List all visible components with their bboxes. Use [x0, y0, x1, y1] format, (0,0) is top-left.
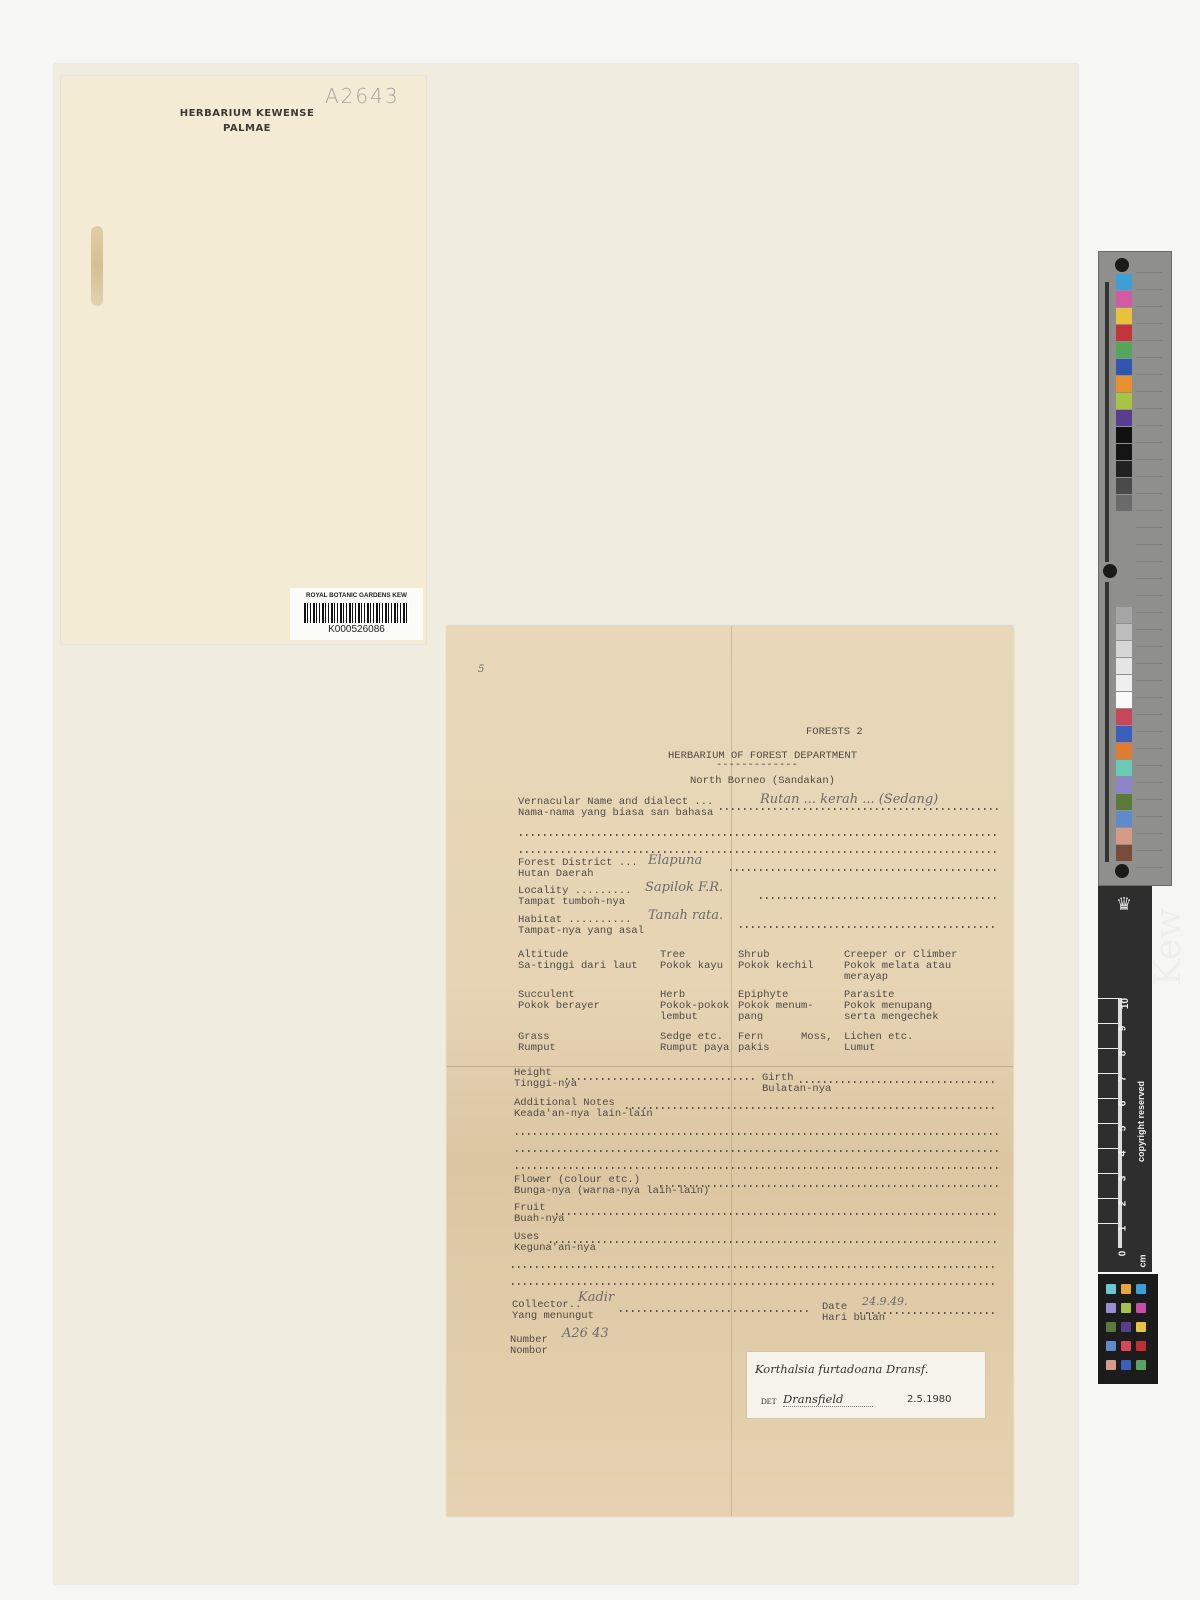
color-patch — [1116, 607, 1132, 623]
color-patch — [1116, 675, 1132, 691]
color-swatch — [1121, 1322, 1131, 1332]
habit-option: Epiphyte Pokok menum- pang — [738, 990, 814, 1023]
habitat-label-ms: Tampat-nya yang asal — [518, 926, 644, 937]
date-value: 24.9.49. — [862, 1295, 907, 1308]
color-patch — [1116, 308, 1132, 324]
color-patch — [1116, 624, 1132, 640]
collector-value: Kadir — [578, 1290, 614, 1305]
color-swatch — [1106, 1284, 1116, 1294]
dot-leader — [550, 1241, 998, 1243]
habit-option: Succulent Pokok berayer — [518, 990, 600, 1012]
dot-leader — [516, 1167, 998, 1169]
color-patch — [1116, 845, 1132, 861]
folder-title-line1: HERBARIUM KEWENSE — [61, 106, 433, 121]
heading-underline: ------------- — [716, 760, 798, 771]
corner-mark: 5 — [478, 664, 484, 675]
det-date: 2.5.1980 — [907, 1394, 952, 1405]
dot-leader — [516, 1133, 998, 1135]
scale-tick-label: 10 — [1120, 998, 1131, 1009]
color-patch — [1116, 342, 1132, 358]
color-patch — [1116, 478, 1132, 494]
dot-leader — [760, 897, 998, 899]
girth-label-ms: Bulatan-nya — [762, 1084, 831, 1095]
determined-name: Korthalsia furtadoana Dransf. — [755, 1362, 928, 1376]
color-patch — [1116, 393, 1132, 409]
color-patch — [1116, 444, 1132, 460]
forest-district-value: Elapuna — [648, 853, 702, 868]
copyright-text: copyright reserved — [1136, 1081, 1146, 1162]
collector-label-ms: Yang menungut — [512, 1311, 594, 1322]
scale-tick-label: 1 — [1117, 1226, 1128, 1232]
scale-ticks — [1098, 998, 1118, 1248]
scale-strip — [1118, 998, 1122, 1248]
color-swatch — [1106, 1360, 1116, 1370]
det-label: DET — [761, 1397, 777, 1406]
scale-tick-label: 2 — [1117, 1201, 1128, 1207]
registration-dot — [1103, 564, 1117, 578]
locality-label-ms: Tampat tumboh-nya — [518, 897, 625, 908]
color-patch — [1116, 427, 1132, 443]
color-patch — [1116, 325, 1132, 341]
scale-tick-label: 5 — [1117, 1126, 1128, 1132]
habit-option: Parasite Pokok menupang serta mengechek — [844, 990, 939, 1023]
density-scale — [1105, 582, 1109, 862]
form-region: North Borneo (Sandakan) — [690, 776, 835, 787]
color-patch — [1116, 726, 1132, 742]
uses-label-ms: Keguna'an-nya — [514, 1243, 596, 1254]
folder-label: A2643 HERBARIUM KEWENSE PALMAE — [61, 76, 426, 644]
color-swatch — [1121, 1341, 1131, 1351]
flower-label-ms: Bunga-nya (warna-nya lain-lain) — [514, 1186, 709, 1197]
barcode-institution: ROYAL BOTANIC GARDENS KEW — [290, 592, 423, 599]
barcode-icon — [304, 603, 409, 623]
density-values — [1136, 272, 1162, 872]
color-swatch — [1121, 1360, 1131, 1370]
habit-option: Grass Rumput — [518, 1032, 556, 1054]
dot-leader — [860, 1312, 998, 1314]
date-label-ms: Hari bulan — [822, 1313, 885, 1324]
color-patch — [1116, 777, 1132, 793]
habit-option: Lichen etc. Lumut — [844, 1032, 913, 1054]
color-patch — [1116, 495, 1132, 511]
folder-title-line2: PALMAE — [61, 121, 433, 136]
folder-title: HERBARIUM KEWENSE PALMAE — [61, 106, 433, 136]
dot-leader — [730, 869, 998, 871]
dot-leader — [520, 834, 998, 836]
scale-tick-label: 6 — [1117, 1101, 1128, 1107]
dot-leader — [740, 926, 998, 928]
dot-leader — [720, 808, 998, 810]
color-swatch — [1136, 1322, 1146, 1332]
barcode-label: ROYAL BOTANIC GARDENS KEW K000526086 — [290, 588, 423, 640]
habit-option: Altitude Sa-tinggi dari laut — [518, 950, 638, 972]
color-swatch — [1136, 1341, 1146, 1351]
habit-option: Shrub Pokok kechil — [738, 950, 814, 972]
scale-tick-label: 8 — [1117, 1051, 1128, 1057]
accession-number: A2643 — [325, 84, 400, 108]
dot-leader — [800, 1081, 998, 1083]
color-patch — [1116, 760, 1132, 776]
color-patch — [1116, 743, 1132, 759]
color-patch — [1116, 658, 1132, 674]
density-scale — [1105, 282, 1109, 562]
dot-leader — [512, 1283, 998, 1285]
habit-option: Herb Pokok-pokok lembut — [660, 990, 729, 1023]
habitat-value: Tanah rata. — [648, 908, 723, 923]
color-swatch — [1136, 1303, 1146, 1313]
determiner: Dransfield — [783, 1392, 873, 1407]
notes-label-ms: Keada'an-nya lain-lain — [514, 1109, 653, 1120]
kew-logo: Kew — [1148, 926, 1189, 986]
dot-leader — [516, 1150, 998, 1152]
barcode-number: K000526086 — [290, 624, 423, 635]
dot-leader — [620, 1310, 810, 1312]
color-patch — [1116, 461, 1132, 477]
scale-tick-label: 0 — [1117, 1251, 1128, 1257]
dot-leader — [520, 851, 998, 853]
color-swatch — [1106, 1303, 1116, 1313]
habit-option: Creeper or Climber Pokok melata atau mer… — [844, 950, 957, 983]
swatch-grid — [1098, 1274, 1158, 1384]
registration-dot — [1115, 258, 1129, 272]
color-patch — [1116, 641, 1132, 657]
color-patch — [1116, 376, 1132, 392]
forest-district-label-ms: Hutan Daerah — [518, 869, 594, 880]
color-swatch — [1136, 1284, 1146, 1294]
dot-leader — [626, 1107, 998, 1109]
dot-leader — [660, 1185, 998, 1187]
color-swatch — [1121, 1303, 1131, 1313]
color-patch — [1116, 828, 1132, 844]
number-label-ms: Nombor — [510, 1346, 548, 1357]
color-patch — [1116, 359, 1132, 375]
dot-leader — [512, 1266, 998, 1268]
color-patch — [1116, 274, 1132, 290]
vernacular-value: Rutan ... kerah ... (Sedang) — [760, 792, 938, 807]
color-patch — [1116, 709, 1132, 725]
stain-mark — [91, 226, 103, 306]
scale-unit: cm — [1138, 1254, 1148, 1267]
dot-leader — [556, 1213, 998, 1215]
vernacular-label-ms: Nama-nama yang biasa san bahasa — [518, 808, 713, 819]
dot-leader — [566, 1078, 756, 1080]
locality-value: Sapilok F.R. — [645, 880, 723, 895]
color-patch — [1116, 692, 1132, 708]
scale-tick-label: 7 — [1117, 1076, 1128, 1082]
scale-tick-label: 3 — [1117, 1176, 1128, 1182]
habit-option: Fern Moss, pakis — [738, 1032, 833, 1054]
color-chart — [1098, 251, 1172, 886]
determination-slip: Korthalsia furtadoana Dransf. DET Dransf… — [747, 1352, 985, 1418]
color-patch — [1116, 291, 1132, 307]
color-patch — [1116, 410, 1132, 426]
scale-tick-label: 9 — [1117, 1026, 1128, 1032]
color-swatch — [1106, 1322, 1116, 1332]
color-swatch — [1121, 1284, 1131, 1294]
kew-scale-bar: ♛ Kew copyright reserved 012345678910 cm — [1098, 886, 1152, 1272]
color-swatch — [1106, 1341, 1116, 1351]
registration-dot — [1115, 864, 1129, 878]
height-label-ms: Tinggi-nya — [514, 1079, 577, 1090]
color-swatch — [1136, 1360, 1146, 1370]
color-patch — [1116, 811, 1132, 827]
number-value: A26 43 — [562, 1326, 609, 1341]
crest-icon: ♛ — [1116, 894, 1132, 915]
form-code: FORESTS 2 — [806, 727, 863, 738]
habit-option: Sedge etc. Rumput paya — [660, 1032, 729, 1054]
scale-tick-label: 4 — [1117, 1151, 1128, 1157]
color-patch — [1116, 794, 1132, 810]
fruit-label-ms: Buah-nya — [514, 1214, 564, 1225]
habit-option: Tree Pokok kayu — [660, 950, 723, 972]
